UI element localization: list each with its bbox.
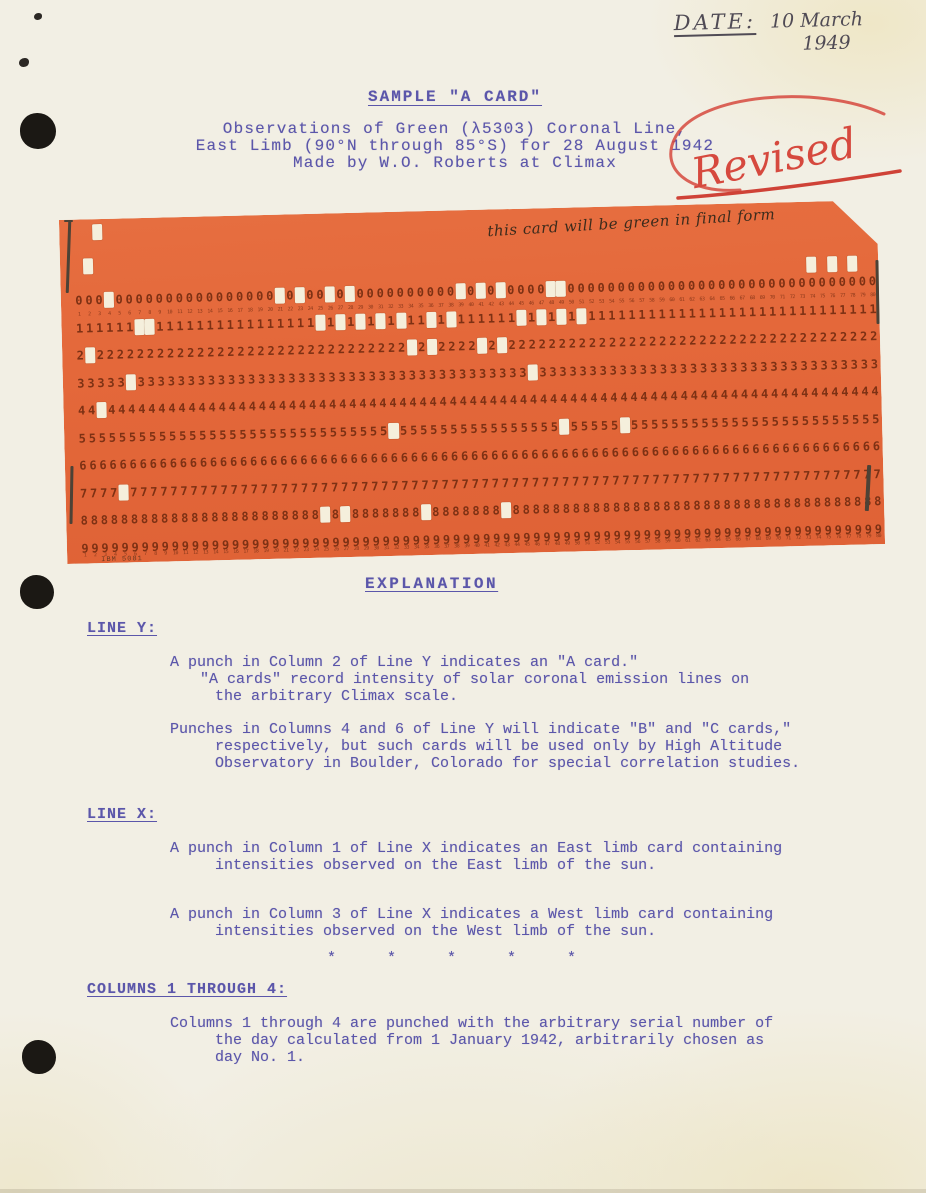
card-digit [184,273,194,288]
card-digit [614,212,624,227]
card-digit: 8 [561,502,571,517]
card-digit: 8 [792,496,802,511]
card-digit: 3 [397,368,407,383]
card-digit [244,271,254,286]
text-line: respectively, but such cards will be use… [215,738,887,755]
card-digit [363,218,373,233]
card-digit [746,259,756,274]
column-number: 48 [546,300,556,315]
card-digit: 7 [761,469,771,484]
card-digit [586,263,596,278]
card-digit: 5 [419,423,429,438]
card-digit [746,243,756,258]
card-digit: 8 [260,509,270,524]
card-digit: 6 [550,447,560,462]
column-number: 66 [727,295,737,310]
card-digit: 4 [689,388,699,403]
card-digit [655,245,665,260]
card-digit: 5 [840,412,850,427]
card-digit: 0 [646,279,656,294]
card-digit [605,246,615,261]
punch-hole: 3 [126,374,136,390]
card-digit: 3 [698,361,708,376]
card-digit: 0 [194,291,204,306]
card-digit: 6 [218,455,228,470]
column-number: 66 [733,536,743,551]
card-digit: 0 [586,281,596,296]
column-number: 43 [502,542,512,557]
punch-hole: 8 [421,504,431,520]
card-digit: 2 [698,333,708,348]
card-digit [555,248,565,263]
card-digit: 8 [481,504,491,519]
column-number: 74 [813,534,823,549]
card-digit: 4 [408,395,418,410]
column-number: 22 [285,306,295,321]
card-digit: 0 [114,292,124,307]
card-digit: 6 [640,445,650,460]
card-digit: 7 [852,467,862,482]
card-digit: 5 [238,427,248,442]
card-digit: 3 [779,359,789,374]
explanation-heading-row: EXPLANATION [365,576,887,596]
card-digit [324,253,334,268]
card-digit: 8 [812,495,822,510]
column-number: 28 [345,305,355,320]
scan-edge-shadow [0,1189,926,1193]
card-digit: 3 [327,370,337,385]
card-digit: 0 [747,277,757,292]
card-digit [756,243,766,258]
text-line: Columns 1 through 4 are punched with the… [170,1015,887,1032]
card-digit: 5 [680,416,690,431]
card-digit: 5 [820,413,830,428]
card-digit: 3 [116,375,126,390]
card-digit: 8 [762,497,772,512]
card-digit: 3 [287,371,297,386]
card-digit: 2 [115,347,125,362]
card-digit: 4 [528,392,538,407]
card-digit: 8 [712,498,722,513]
text-line: intensities observed on the West limb of… [215,923,887,940]
card-rows: 0000000000000000000000000000000000000000… [59,200,877,220]
card-digit: 7 [239,482,249,497]
card-digit: 5 [479,421,489,436]
card-digit: 8 [652,499,662,514]
card-brand-text: IBM 5081 [101,555,143,564]
card-digit [284,254,294,269]
column-number: 29 [355,305,365,320]
card-digit: 7 [330,480,340,495]
card-digit: 8 [642,500,652,515]
card-digit: 7 [550,474,560,489]
card-digit [505,249,515,264]
card-digit: 8 [822,495,832,510]
column-number: 45 [516,301,526,316]
card-digit [415,267,425,282]
card-digit: 4 [378,396,388,411]
card-digit: 5 [248,427,258,442]
column-number: 53 [596,299,606,314]
card-digit: 0 [686,278,696,293]
punch-hole: 2 [85,347,95,363]
column-number: 33 [396,304,406,319]
card-digit: 3 [849,357,859,372]
card-digit [465,250,475,265]
card-digit: 3 [136,374,146,389]
column-number: 49 [562,541,572,556]
card-digit: 8 [511,503,521,518]
card-digit: 4 [538,392,548,407]
card-digit: 8 [581,501,591,516]
column-number: 68 [753,536,763,551]
card-digit: 7 [370,479,380,494]
card-digit: 4 [388,396,398,411]
card-digit: 6 [580,446,590,461]
paragraph: A punch in Column 3 of Line X indicates … [87,906,887,940]
card-digit: 8 [682,499,692,514]
card-digit: 7 [139,484,149,499]
card-digit: 3 [347,369,357,384]
card-digit [293,220,303,235]
card-digit: 2 [135,347,145,362]
text-line: A punch in Column 2 of Line Y indicates … [170,654,887,671]
card-digit [695,210,705,225]
card-digit: 2 [386,341,396,356]
card-digit: 4 [187,401,197,416]
card-digit [776,258,786,273]
card-digit [535,264,545,279]
card-digit [414,251,424,266]
date-annotation: DATE:10 March 1949 [673,5,914,58]
card-digit [343,219,353,234]
card-digit [666,261,676,276]
column-number: 33 [401,545,411,560]
ink-speck [19,58,29,67]
card-digit: 3 [688,361,698,376]
card-digit: 3 [226,372,236,387]
column-number: 52 [586,299,596,314]
card-digit [173,257,183,272]
card-digit: 3 [407,368,417,383]
card-digit: 2 [396,341,406,356]
card-digit: 4 [659,389,669,404]
card-digit: 4 [739,387,749,402]
column-number: 13 [201,549,211,564]
card-digit: 8 [119,512,129,527]
column-number: 21 [275,307,285,322]
card-digit: 4 [157,401,167,416]
card-digit [635,246,645,261]
card-digit: 8 [852,494,862,509]
card-digit: 3 [678,361,688,376]
card-digit [112,224,122,239]
card-digit [83,275,93,290]
text-line: intensities observed on the East limb of… [215,857,887,874]
card-digit: 8 [200,510,210,525]
column-number: 9 [155,309,165,324]
card-digit: 5 [720,415,730,430]
card-digit [837,257,847,272]
card-digit: 5 [690,416,700,431]
card-digit: 7 [380,479,390,494]
card-digit [786,242,796,257]
card-digit: 4 [247,399,257,414]
card-digit: 6 [349,452,359,467]
card-digit: 0 [365,286,375,301]
column-number: 21 [281,547,291,562]
card-digit: 8 [611,500,621,515]
card-digit [665,245,675,260]
text-line: the day calculated from 1 January 1942, … [215,1032,887,1049]
section-heading: LINE Y: [87,620,157,637]
card-digit [755,209,765,224]
card-digit: 5 [398,423,408,438]
card-digit: 2 [176,346,186,361]
column-number: 14 [211,549,221,564]
card-digit: 8 [601,501,611,516]
card-digit: 3 [558,364,568,379]
card-digit: 4 [117,402,127,417]
card-digit [162,223,172,238]
card-digit [152,224,162,239]
card-digit: 4 [217,400,227,415]
card-digit: 0 [244,289,254,304]
card-digit [355,269,365,284]
card-digit [625,246,635,261]
card-digit: 8 [79,513,89,528]
card-digit: 4 [368,396,378,411]
column-number: 63 [703,537,713,552]
column-number: 76 [833,534,843,549]
card-digit: 4 [297,398,307,413]
card-digit: 5 [700,416,710,431]
card-digit: 5 [810,413,820,428]
punch-hole [83,258,93,274]
card-digit: 7 [460,477,470,492]
card-digit: 2 [366,341,376,356]
binder-hole [20,575,54,609]
card-digit: 6 [178,456,188,471]
card-digit [73,259,83,274]
column-number: 63 [697,296,707,311]
column-number: 25 [315,306,325,321]
card-digit: 2 [447,339,457,354]
card-digit: 6 [811,440,821,455]
card-digit [785,208,795,223]
punch-hole: 2 [427,339,437,355]
column-number: 50 [572,540,582,555]
column-number: 80 [874,533,884,548]
card-digit: 6 [610,445,620,460]
card-digit: 3 [739,360,749,375]
card-digit: 8 [571,501,581,516]
card-digit [323,219,333,234]
card-digit: 6 [469,449,479,464]
card-digit: 2 [708,333,718,348]
card-digit: 4 [649,389,659,404]
card-digit: 3 [307,370,317,385]
card-digit: 6 [831,440,841,455]
card-digit [203,222,213,237]
card-digit: 8 [541,502,551,517]
punch-hole: 0 [275,288,285,304]
card-digit: 4 [468,394,478,409]
card-digit: 8 [129,512,139,527]
card-digit: 4 [729,387,739,402]
card-digit: 8 [621,500,631,515]
column-number: 67 [737,295,747,310]
card-digit [575,263,585,278]
card-digit [183,223,193,238]
column-number: 34 [411,544,421,559]
section-heading-row: COLUMNS 1 THROUGH 4: [87,981,887,1001]
card-digit: 7 [822,468,832,483]
column-number: 54 [606,298,616,313]
card-digit: 7 [561,474,571,489]
card-digit: 3 [538,365,548,380]
card-digit: 4 [840,385,850,400]
card-digit: 4 [629,390,639,405]
column-number: 47 [536,300,546,315]
card-digit: 7 [500,476,510,491]
card-digit: 5 [429,422,439,437]
card-digit: 6 [449,449,459,464]
column-number: 18 [251,548,261,563]
card-digit [464,216,474,231]
card-digit: 0 [465,284,475,299]
card-digit: 6 [88,458,98,473]
card-digit: 5 [228,427,238,442]
card-digit: 5 [800,413,810,428]
card-digit [122,224,132,239]
card-digit: 8 [591,501,601,516]
section-heading: COLUMNS 1 THROUGH 4: [87,981,287,998]
card-digit: 5 [218,427,228,442]
card-digit: 4 [398,396,408,411]
card-digit: 3 [267,371,277,386]
card-digit: 7 [771,469,781,484]
card-digit: 8 [662,499,672,514]
card-digit: 5 [750,414,760,429]
column-number: 4 [104,311,114,326]
punch-hole: 0 [546,281,556,297]
column-number: 72 [793,535,803,550]
card-digit: 8 [692,498,702,513]
card-digit: 3 [176,373,186,388]
card-digit [164,273,174,288]
card-digit [344,269,354,284]
card-digit [645,245,655,260]
card-digit: 3 [216,372,226,387]
card-digit: 6 [500,448,510,463]
card-digit: 0 [154,291,164,306]
card-digit: 0 [395,286,405,301]
card-digit: 7 [781,469,791,484]
column-number: 15 [221,549,231,564]
card-digit [606,262,616,277]
card-digit: 0 [767,277,777,292]
card-digit: 2 [487,338,497,353]
card-digit: 3 [156,374,166,389]
punch-hole: 8 [320,507,330,523]
card-digit: 8 [551,502,561,517]
card-digit [253,221,263,236]
card-digit: 6 [761,442,771,457]
card-digit [735,209,745,224]
card-digit: 7 [601,473,611,488]
card-digit [474,216,484,231]
card-digit [604,212,614,227]
card-digit: 2 [547,337,557,352]
column-number: 75 [817,293,827,308]
card-digit [846,241,856,256]
card-digit [365,268,375,283]
card-digit: 5 [519,420,529,435]
card-digit: 7 [309,480,319,495]
card-digit: 2 [537,337,547,352]
card-digit: 2 [467,339,477,354]
card-digit: 5 [348,424,358,439]
column-number: 12 [185,309,195,324]
card-digit [564,213,574,228]
card-digit: 4 [257,399,267,414]
card-digit [675,211,685,226]
card-digit [826,241,836,256]
card-digit: 6 [600,446,610,461]
card-digit: 3 [819,358,829,373]
card-digit: 0 [285,288,295,303]
card-digit: 7 [842,467,852,482]
card-digit: 3 [829,358,839,373]
card-digit: 7 [631,472,641,487]
column-number: 62 [687,296,697,311]
card-digit [414,217,424,232]
card-digit: 6 [299,453,309,468]
card-digit [624,212,634,227]
card-digit [333,219,343,234]
card-digit: 4 [307,398,317,413]
card-digit: 5 [77,431,87,446]
card-digit: 7 [209,483,219,498]
card-digit: 7 [520,475,530,490]
card-digit: 3 [206,373,216,388]
card-digit: 7 [621,473,631,488]
card-digit: 3 [417,368,427,383]
card-digit: 6 [188,456,198,471]
card-digit: 3 [186,373,196,388]
card-digit [766,243,776,258]
card-digit: 7 [420,478,430,493]
card-digit: 2 [196,345,206,360]
column-number: 65 [723,537,733,552]
column-number: 45 [522,542,532,557]
card-digit [745,209,755,224]
card-digit: 8 [250,509,260,524]
card-digit: 5 [208,428,218,443]
card-digit: 6 [359,452,369,467]
card-digit [264,271,274,286]
card-digit: 0 [626,280,636,295]
card-digit: 4 [438,395,448,410]
column-number: 51 [576,299,586,314]
card-digit: 6 [560,447,570,462]
card-digit [364,252,374,267]
card-digit [404,251,414,266]
punch-hole [92,224,102,240]
column-number: 41 [482,543,492,558]
card-digit: 4 [277,399,287,414]
